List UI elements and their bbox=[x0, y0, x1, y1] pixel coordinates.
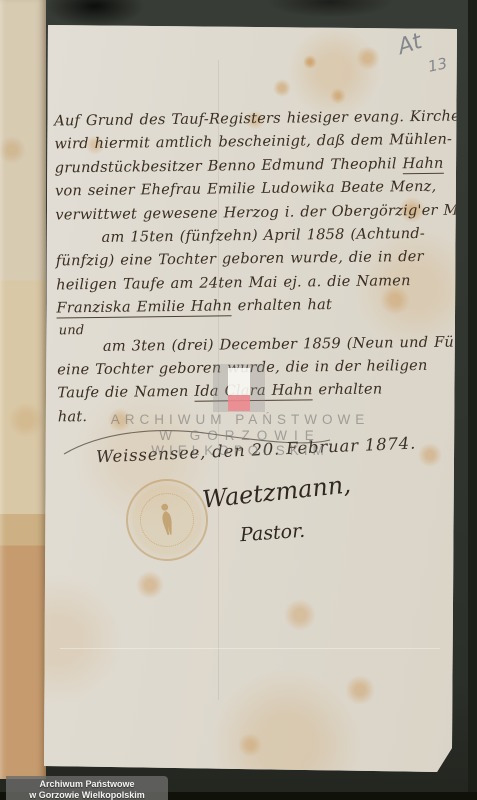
watermark-line-2: W GORZOWIE bbox=[58, 428, 422, 444]
manuscript-text: erhalten hat bbox=[232, 296, 332, 314]
manuscript-text: fünfzig) eine Tochter geboren wurde, die… bbox=[56, 248, 424, 269]
watermark-line-1: ARCHIWUM PAŃSTWOWE bbox=[58, 412, 422, 428]
underlined-name: Hahn bbox=[402, 154, 443, 173]
archive-logo-watermark bbox=[213, 364, 265, 412]
footer-label-line-1: Archiwum Państwowe bbox=[6, 779, 168, 790]
paper-crease-horizontal bbox=[60, 648, 440, 649]
backdrop-right-edge bbox=[468, 0, 477, 800]
archive-watermark-text: ARCHIWUM PAŃSTWOWE W GORZOWIE WIELKOPOLS… bbox=[58, 412, 422, 459]
seal-figure-icon bbox=[154, 501, 180, 540]
manuscript-text: am 15ten (fünfzehn) April 1858 (Achtund- bbox=[101, 225, 425, 246]
manuscript-text: erhalten bbox=[313, 381, 383, 399]
manuscript-text: wird hiermit amtlich bescheinigt, daß de… bbox=[54, 131, 452, 153]
manuscript-text: grundstückbesitzer Benno Edmund Theophil bbox=[55, 155, 403, 176]
pastor-signature: Waetzmann, bbox=[201, 470, 352, 513]
underlined-name: Franziska Emilie Hahn bbox=[56, 297, 232, 318]
underlying-page-stack bbox=[0, 0, 46, 779]
pencil-page-number: 13 bbox=[426, 54, 448, 76]
logo-white-field bbox=[228, 368, 250, 395]
seal-inner-ring bbox=[136, 489, 199, 552]
manuscript-text: von seiner Ehefrau Emilie Ludowika Beate… bbox=[55, 178, 437, 200]
manuscript-text: Auf Grund des Tauf-Registers hiesiger ev… bbox=[54, 107, 460, 129]
archival-scan-viewport: At 13 Auf Grund des Tauf-Registers hiesi… bbox=[0, 0, 477, 800]
manuscript-text: und bbox=[59, 323, 85, 338]
document-page: At 13 Auf Grund des Tauf-Registers hiesi… bbox=[0, 0, 477, 800]
manuscript-text: Taufe die Namen bbox=[57, 383, 194, 402]
signature-role: Pastor. bbox=[239, 520, 306, 546]
footer-label-line-2: w Gorzowie Wielkopolskim bbox=[6, 790, 168, 800]
watermark-line-3: WIELKOPOLSKIM bbox=[58, 443, 422, 459]
archive-footer-label: Archiwum Państwowe w Gorzowie Wielkopols… bbox=[6, 776, 168, 800]
manuscript-text: am 3ten (drei) December 1859 (Neun und F… bbox=[103, 333, 477, 355]
logo-red-field bbox=[228, 395, 250, 411]
pencil-initials-mark: At bbox=[395, 29, 425, 60]
manuscript-text: heiligen Taufe am 24ten Mai ej. a. die N… bbox=[56, 272, 411, 293]
